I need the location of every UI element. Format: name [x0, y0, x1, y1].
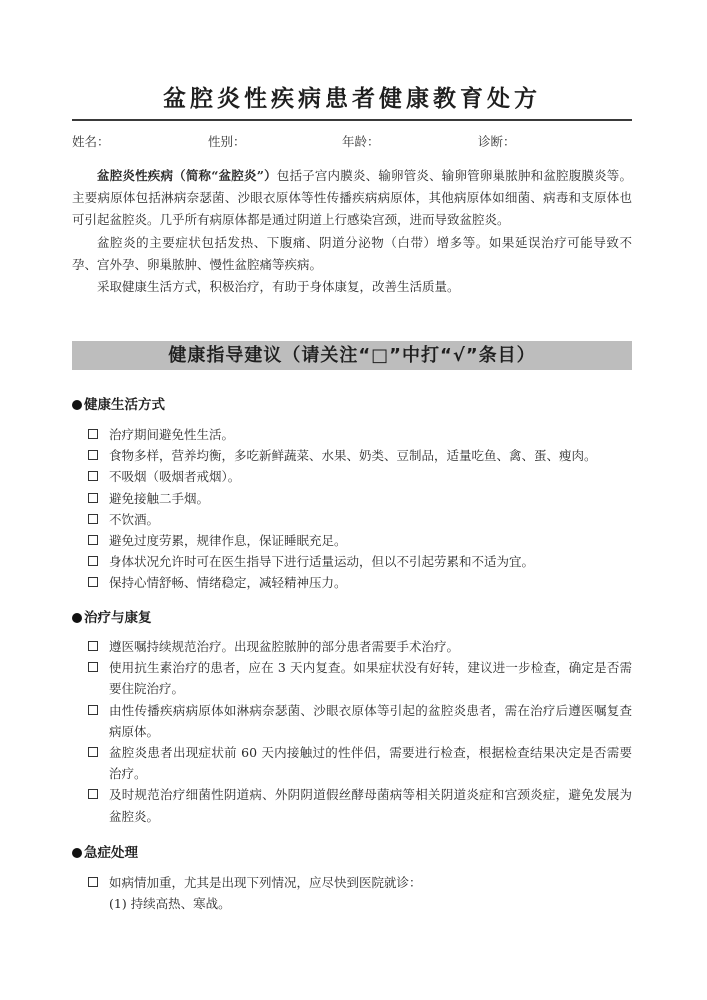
emergency-subitem: (1) 持续高热、寒战。 [88, 893, 632, 914]
lifestyle-checklist: 治疗期间避免性生活。 食物多样，营养均衡，多吃新鲜蔬菜、水果、奶类、豆制品，适量… [88, 424, 632, 594]
diagnosis-field-label: 诊断： [478, 132, 516, 150]
checkbox[interactable] [88, 789, 98, 799]
section-heading-treatment: 治疗与康复 [72, 606, 152, 626]
age-field-label: 年龄： [342, 132, 380, 150]
bullet-icon [72, 848, 82, 858]
emergency-checklist: 如病情加重，尤其是出现下列情况，应尽快到医院就诊： (1) 持续高热、寒战。 [88, 872, 632, 914]
disease-name-bold: 盆腔炎性疾病（简称“盆腔炎”） [97, 168, 277, 183]
checklist-item: 治疗期间避免性生活。 [88, 424, 632, 445]
checklist-item: 由性传播疾病病原体如淋病奈瑟菌、沙眼衣原体等引起的盆腔炎患者，需在治疗后遵医嘱复… [88, 700, 632, 742]
checklist-item: 食物多样，营养均衡，多吃新鲜蔬菜、水果、奶类、豆制品，适量吃鱼、禽、蛋、瘦肉。 [88, 445, 632, 466]
checklist-item: 如病情加重，尤其是出现下列情况，应尽快到医院就诊： [88, 872, 632, 893]
checklist-item: 遵医嘱持续规范治疗。出现盆腔脓肿的部分患者需要手术治疗。 [88, 636, 632, 657]
checkbox[interactable] [88, 556, 98, 566]
checklist-item: 保持心情舒畅、情绪稳定，减轻精神压力。 [88, 572, 632, 593]
checkbox[interactable] [88, 641, 98, 651]
checkbox[interactable] [88, 662, 98, 672]
checklist-item: 及时规范治疗细菌性阴道病、外阴阴道假丝酵母菌病等相关阴道炎症和宫颈炎症，避免发展… [88, 784, 632, 826]
checkbox[interactable] [88, 577, 98, 587]
section-heading-lifestyle: 健康生活方式 [72, 393, 165, 413]
intro-text: 盆腔炎性疾病（简称“盆腔炎”）包括子宫内膜炎、输卵管炎、输卵管卵巢脓肿和盆腔腹膜… [72, 165, 632, 298]
checklist-item: 避免接触二手烟。 [88, 488, 632, 509]
checklist-item: 避免过度劳累，规律作息，保证睡眠充足。 [88, 530, 632, 551]
checklist-item: 不吸烟（吸烟者戒烟）。 [88, 466, 632, 487]
checklist-item: 使用抗生素治疗的患者，应在 3 天内复查。如果症状没有好转，建议进一步检查，确定… [88, 657, 632, 699]
checkbox[interactable] [88, 535, 98, 545]
checkbox[interactable] [88, 877, 98, 887]
prescription-page: 盆腔炎性疾病患者健康教育处方 姓名： 性别： 年龄： 诊断： 盆腔炎性疾病（简称… [0, 0, 707, 1000]
checklist-item: 身体状况允许时可在医生指导下进行适量运动，但以不引起劳累和不适为宜。 [88, 551, 632, 572]
checkbox[interactable] [88, 705, 98, 715]
guidance-banner: 健康指导建议（请关注“□”中打“√”条目） [72, 341, 632, 370]
patient-fields: 姓名： 性别： 年龄： 诊断： [72, 132, 632, 152]
name-field-label: 姓名： [72, 132, 110, 150]
checklist-item: 不饮酒。 [88, 509, 632, 530]
checkbox[interactable] [88, 514, 98, 524]
page-title: 盆腔炎性疾病患者健康教育处方 [72, 80, 632, 113]
section-heading-emergency: 急症处理 [72, 841, 138, 861]
checkbox[interactable] [88, 747, 98, 757]
title-divider [72, 119, 632, 121]
checkbox[interactable] [88, 429, 98, 439]
bullet-icon [72, 613, 82, 623]
gender-field-label: 性别： [208, 132, 246, 150]
checkbox[interactable] [88, 471, 98, 481]
checklist-item: 盆腔炎患者出现症状前 60 天内接触过的性伴侣，需要进行检查，根据检查结果决定是… [88, 742, 632, 784]
intro-paragraph-2: 盆腔炎的主要症状包括发热、下腹痛、阴道分泌物（白带）增多等。如果延误治疗可能导致… [72, 232, 632, 276]
bullet-icon [72, 400, 82, 410]
checkbox[interactable] [88, 450, 98, 460]
intro-paragraph-3: 采取健康生活方式，积极治疗，有助于身体康复，改善生活质量。 [72, 276, 632, 298]
treatment-checklist: 遵医嘱持续规范治疗。出现盆腔脓肿的部分患者需要手术治疗。 使用抗生素治疗的患者，… [88, 636, 632, 827]
checkbox[interactable] [88, 493, 98, 503]
intro-paragraph-1: 盆腔炎性疾病（简称“盆腔炎”）包括子宫内膜炎、输卵管炎、输卵管卵巢脓肿和盆腔腹膜… [72, 165, 632, 232]
